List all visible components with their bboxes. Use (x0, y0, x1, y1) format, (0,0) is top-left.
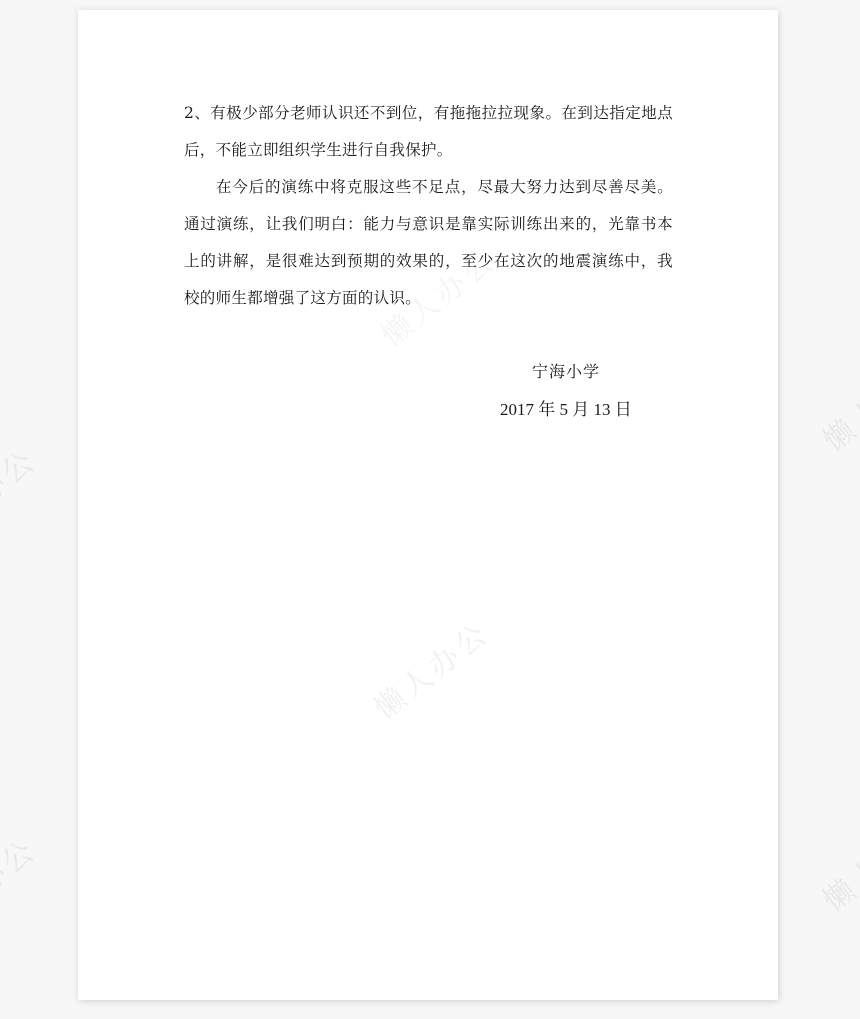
watermark: 懒人办公 (363, 609, 497, 727)
document-body: 2、有极少部分老师认识还不到位，有拖拖拉拉现象。在到达指定地点后，不能立即组织学… (184, 95, 673, 317)
signature-date: 2017 年 5 月 13 日 (500, 391, 632, 429)
watermark: 懒人办公 (0, 436, 44, 554)
watermark: 懒人办公 (812, 341, 860, 459)
signature-organization: 宁海小学 (532, 353, 600, 391)
watermark: 懒人办公 (812, 801, 860, 919)
document-page: 2、有极少部分老师认识还不到位，有拖拖拉拉现象。在到达指定地点后，不能立即组织学… (78, 10, 778, 1000)
paragraph-1: 2、有极少部分老师认识还不到位，有拖拖拉拉现象。在到达指定地点后，不能立即组织学… (184, 95, 673, 169)
watermark: 懒人办公 (0, 826, 44, 944)
paragraph-2: 在今后的演练中将克服这些不足点，尽最大努力达到尽善尽美。通过演练，让我们明白：能… (184, 169, 673, 317)
